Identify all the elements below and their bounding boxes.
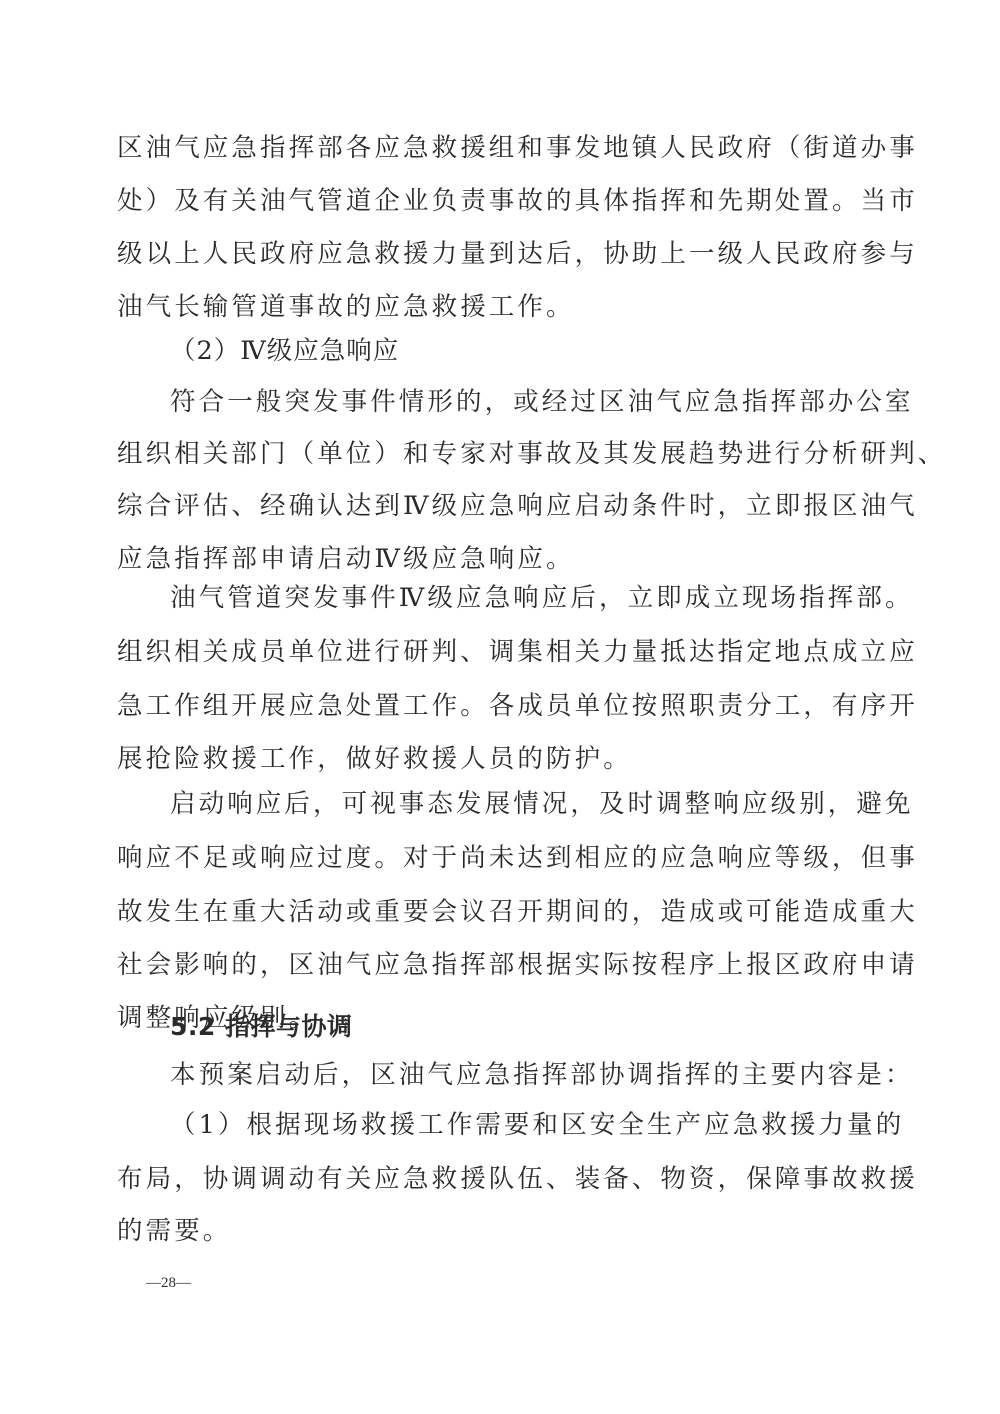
page-number: —28—: [146, 1275, 191, 1292]
body-text-line: 组织相关成员单位进行研判、调集相关力量抵达指定地点成立应: [117, 630, 897, 674]
body-text-line: 组织相关部门（单位）和专家对事故及其发展趋势进行分析研判、: [117, 432, 897, 476]
list-item-line: 的需要。: [117, 1209, 897, 1253]
body-text-line: 响应不足或响应过度。对于尚未达到相应的应急响应等级，但事: [117, 836, 897, 880]
body-text-line: 级以上人民政府应急救援力量到达后，协助上一级人民政府参与: [117, 232, 897, 276]
subheading-level4-response: （2）Ⅳ级应急响应: [170, 329, 399, 373]
body-text-line: 油气管道突发事件Ⅳ级应急响应后，立即成立现场指挥部。: [170, 576, 897, 620]
body-text-line: 展抢险救援工作，做好救援人员的防护。: [117, 737, 897, 781]
body-text-line: 处）及有关油气管道企业负责事故的具体指挥和先期处置。当市: [117, 179, 897, 223]
body-text-line: 启动响应后，可视事态发展情况，及时调整响应级别，避免: [170, 782, 897, 826]
body-text-line: 符合一般突发事件情形的，或经过区油气应急指挥部办公室: [170, 380, 897, 424]
list-item-line: （1）根据现场救援工作需要和区安全生产应急救援力量的: [170, 1103, 897, 1147]
body-text-line: 社会影响的，区油气应急指挥部根据实际按程序上报区政府申请: [117, 943, 897, 987]
body-text-line: 油气长输管道事故的应急救援工作。: [117, 285, 897, 329]
document-page: 区油气应急指挥部各应急救援组和事发地镇人民政府（街道办事 处）及有关油气管道企业…: [0, 0, 1000, 1414]
body-text-line: 急工作组开展应急处置工作。各成员单位按照职责分工，有序开: [117, 684, 897, 728]
body-text-line: 区油气应急指挥部各应急救援组和事发地镇人民政府（街道办事: [117, 126, 897, 170]
list-item-line: 布局，协调调动有关应急救援队伍、装备、物资，保障事故救援: [117, 1157, 897, 1201]
section-heading-5-2: 5.2 指挥与协调: [170, 1005, 353, 1049]
body-text-line: 应急指挥部申请启动Ⅳ级应急响应。: [117, 537, 897, 581]
body-text-line: 综合评估、经确认达到Ⅳ级应急响应启动条件时，立即报区油气: [117, 484, 897, 528]
body-text-line: 本预案启动后，区油气应急指挥部协调指挥的主要内容是：: [170, 1053, 897, 1097]
body-text-line: 故发生在重大活动或重要会议召开期间的，造成或可能造成重大: [117, 890, 897, 934]
